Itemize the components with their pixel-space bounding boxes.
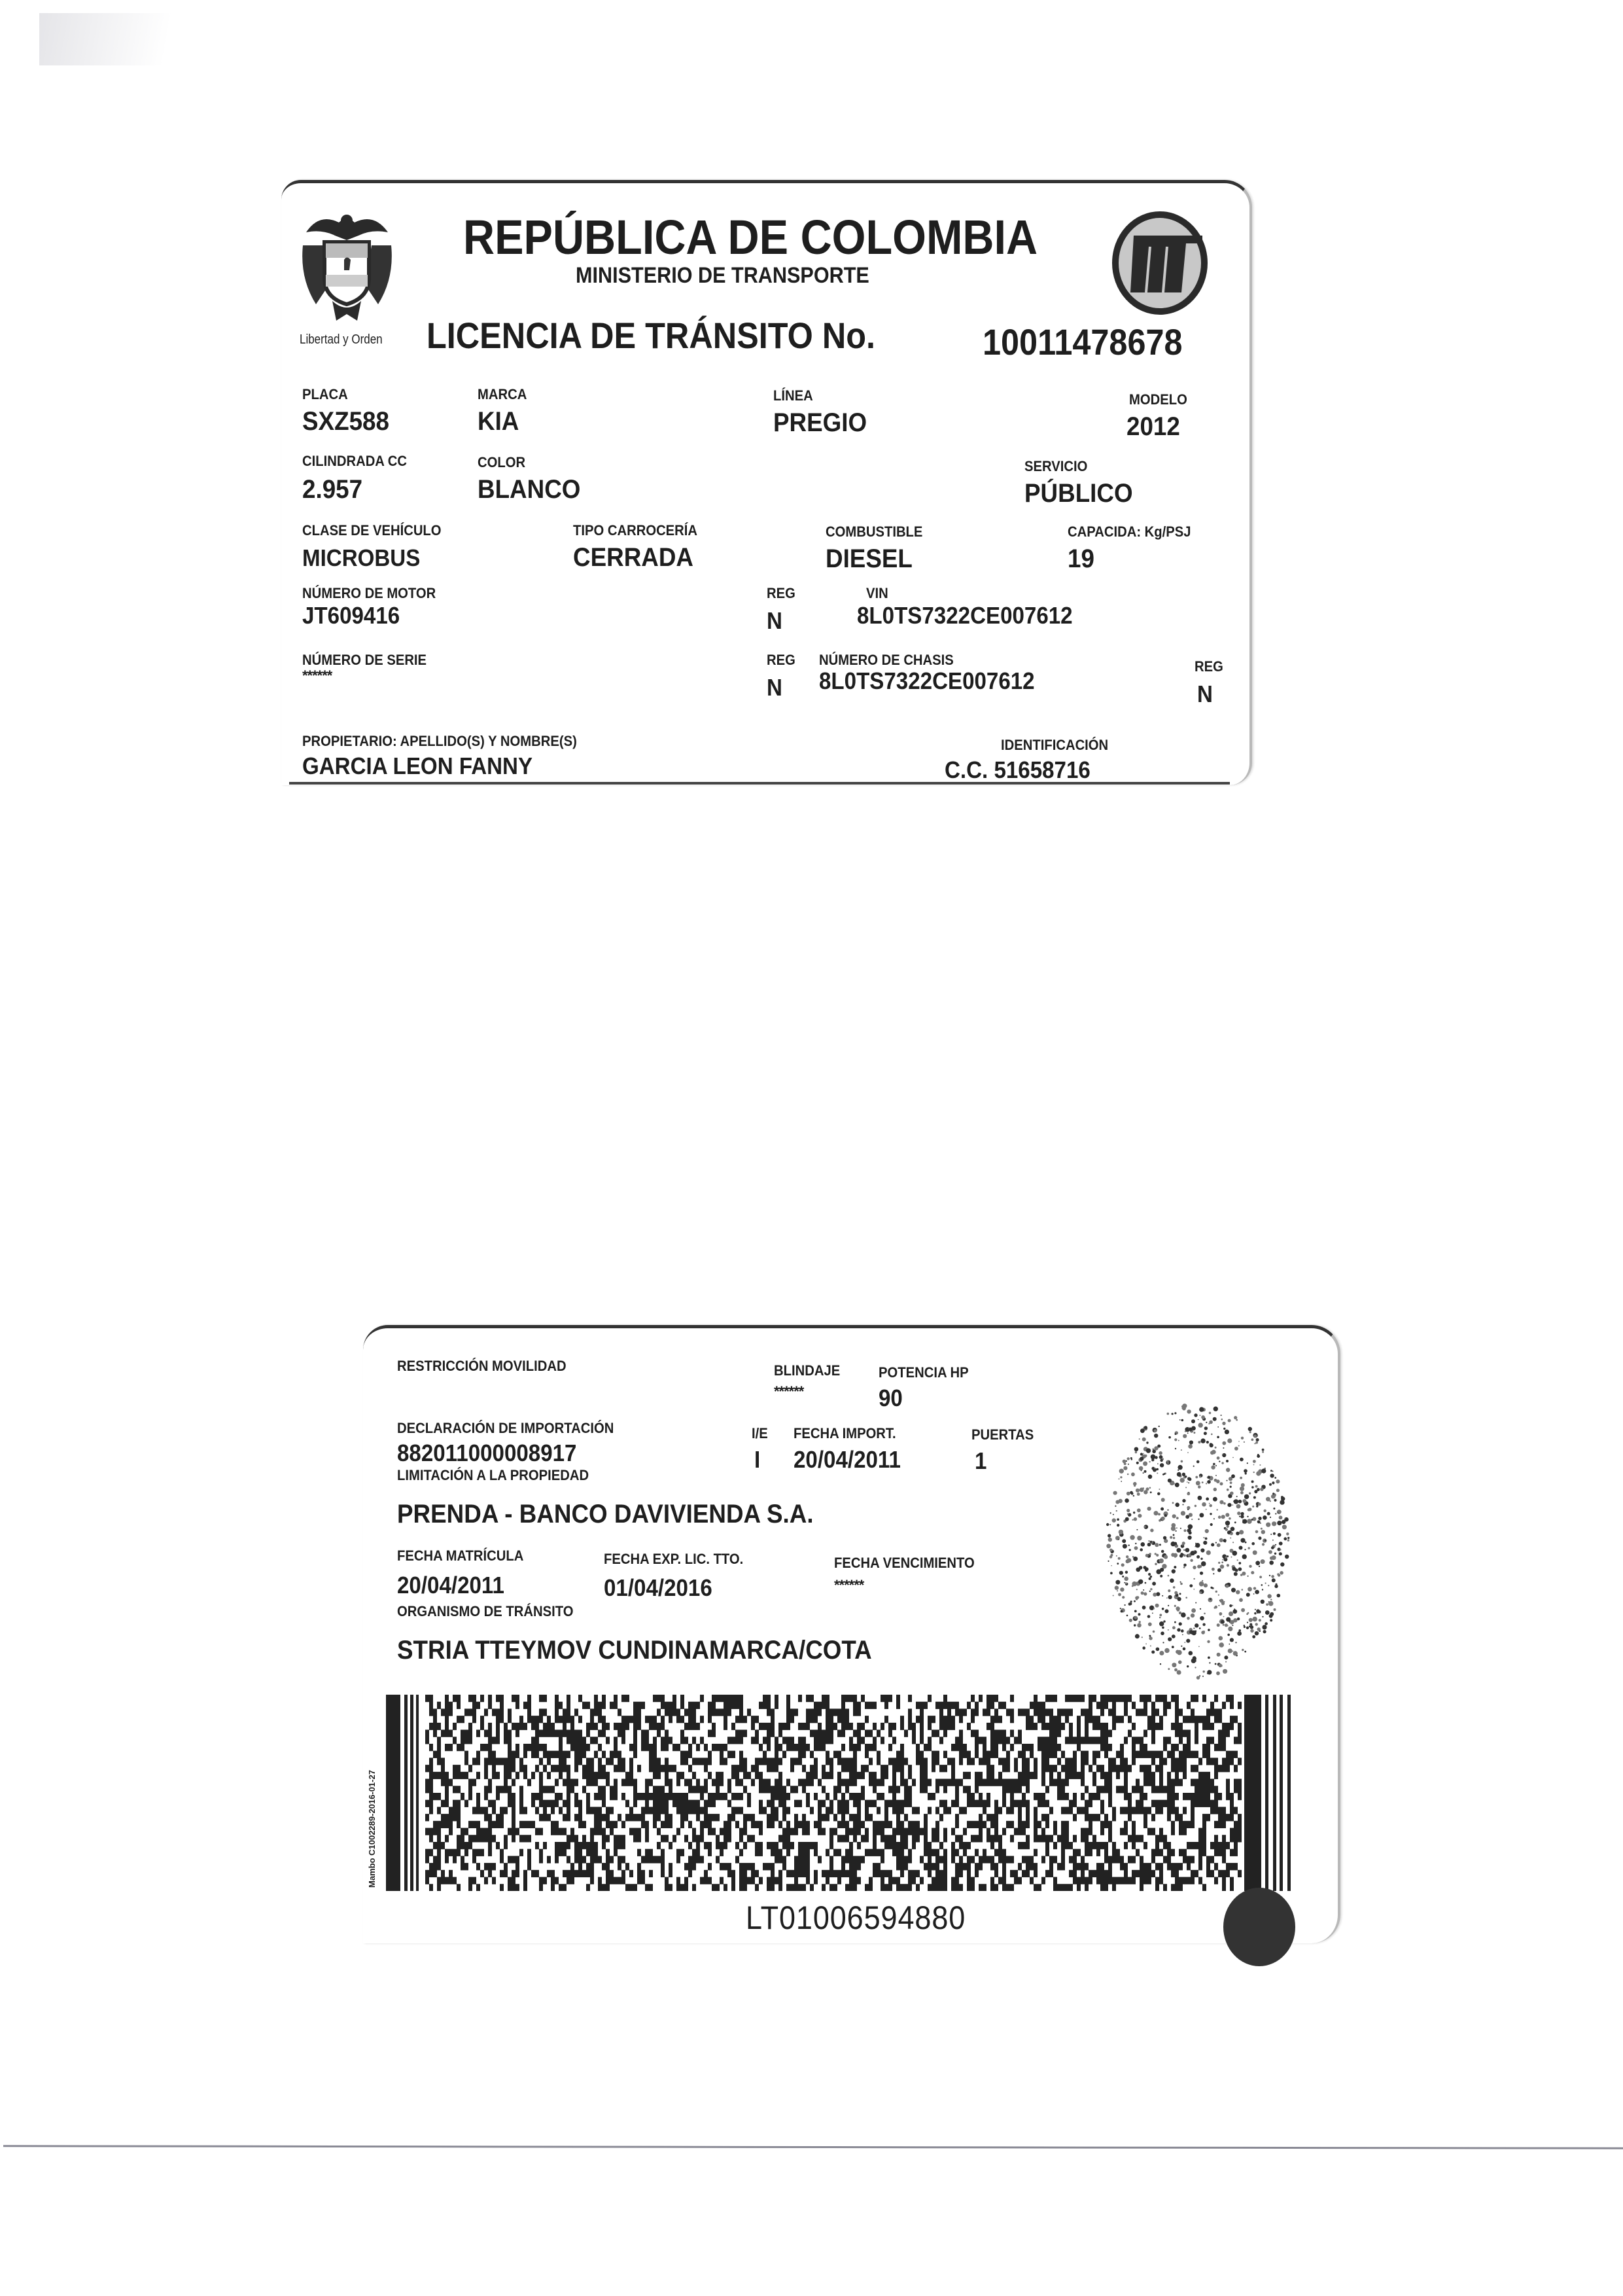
clase-value: MICROBUS xyxy=(302,544,420,572)
blindaje-label: BLINDAJE xyxy=(774,1362,840,1379)
linea-label: LÍNEA xyxy=(773,387,813,404)
country-title: REPÚBLICA DE COLOMBIA xyxy=(463,209,1038,265)
ministry-name: MINISTERIO DE TRANSPORTE xyxy=(576,263,869,289)
placa-label: PLACA xyxy=(302,386,348,403)
fecha-venc-label: FECHA VENCIMIENTO xyxy=(834,1555,975,1572)
capacidad-label: CAPACIDA: Kg/PSJ xyxy=(1068,523,1191,540)
combustible-label: COMBUSTIBLE xyxy=(826,523,922,540)
identificacion-value: C.C. 51658716 xyxy=(945,756,1091,784)
reg-serie-value: N xyxy=(1197,680,1213,708)
puertas-label: PUERTAS xyxy=(971,1426,1034,1443)
pdf417-barcode xyxy=(386,1695,1295,1891)
serie-label: NÚMERO DE SERIE xyxy=(302,652,427,669)
fingerprint-icon xyxy=(1096,1384,1299,1685)
barcode-id-text: LT01006594880 xyxy=(746,1899,966,1937)
identificacion-label: IDENTIFICACIÓN xyxy=(1001,737,1108,754)
page-edge-line xyxy=(3,2145,1623,2149)
combustible-value: DIESEL xyxy=(826,544,913,574)
color-label: COLOR xyxy=(478,454,525,471)
motor-value: JT609416 xyxy=(302,602,400,629)
servicio-label: SERVICIO xyxy=(1024,458,1087,475)
license-card-front: Libertad y Orden REPÚBLICA DE COLOMBIA M… xyxy=(281,180,1252,785)
fecha-matricula-value: 20/04/2011 xyxy=(397,1572,504,1599)
propietario-value: GARCIA LEON FANNY xyxy=(302,752,532,780)
fecha-exp-label: FECHA EXP. LIC. TTO. xyxy=(604,1551,743,1568)
cilindrada-label: CILINDRADA CC xyxy=(302,453,407,470)
potencia-value: 90 xyxy=(879,1385,903,1412)
reg-chasis-value: N xyxy=(767,674,782,701)
placa-value: SXZ588 xyxy=(302,407,389,436)
organismo-label: ORGANISMO DE TRÁNSITO xyxy=(397,1603,574,1620)
reg-vin-value: N xyxy=(767,607,782,635)
license-card-back: RESTRICCIÓN MOVILIDAD BLINDAJE ****** PO… xyxy=(363,1325,1340,1943)
ie-value: I xyxy=(754,1446,760,1474)
ministry-transport-logo-icon xyxy=(1111,211,1209,315)
scan-smudge xyxy=(39,13,196,65)
vin-value: 8L0TS7322CE007612 xyxy=(857,602,1073,629)
servicio-value: PÚBLICO xyxy=(1024,479,1133,508)
marca-value: KIA xyxy=(478,407,519,436)
document-number: 10011478678 xyxy=(983,321,1183,363)
restriccion-label: RESTRICCIÓN MOVILIDAD xyxy=(397,1358,567,1375)
owner-underline xyxy=(289,782,1230,785)
fecha-venc-value: ****** xyxy=(834,1577,864,1594)
limitacion-value: PRENDA - BANCO DAVIVIENDA S.A. xyxy=(397,1500,814,1529)
barcode-side-text: Mambo C1002289-2016-01-27 xyxy=(367,1770,377,1888)
vin-label: VIN xyxy=(866,585,888,602)
reg-vin-label: REG xyxy=(767,585,795,602)
limitacion-label: LIMITACIÓN A LA PROPIEDAD xyxy=(397,1467,589,1484)
ie-label: I/E xyxy=(752,1425,768,1442)
cilindrada-value: 2.957 xyxy=(302,475,362,504)
chasis-value: 8L0TS7322CE007612 xyxy=(819,667,1035,695)
blindaje-value: ****** xyxy=(774,1383,803,1400)
carroceria-label: TIPO CARROCERÍA xyxy=(573,522,697,539)
chasis-label: NÚMERO DE CHASIS xyxy=(819,652,954,669)
propietario-label: PROPIETARIO: APELLIDO(S) Y NOMBRE(S) xyxy=(302,733,577,750)
carroceria-value: CERRADA xyxy=(573,543,693,573)
declaracion-value: 882011000008917 xyxy=(397,1439,576,1467)
clase-label: CLASE DE VEHÍCULO xyxy=(302,522,442,539)
ink-blot xyxy=(1223,1888,1295,1966)
puertas-value: 1 xyxy=(975,1447,986,1475)
reg-serie-label: REG xyxy=(1195,658,1223,675)
serie-value: ****** xyxy=(302,667,332,684)
document-title: LICENCIA DE TRÁNSITO No. xyxy=(427,314,875,357)
motto: Libertad y Orden xyxy=(300,332,383,347)
fecha-exp-value: 01/04/2016 xyxy=(604,1574,712,1602)
organismo-value: STRIA TTEYMOV CUNDINAMARCA/COTA xyxy=(397,1636,872,1665)
capacidad-value: 19 xyxy=(1068,544,1094,574)
modelo-label: MODELO xyxy=(1129,391,1187,408)
potencia-label: POTENCIA HP xyxy=(879,1364,969,1381)
color-value: BLANCO xyxy=(478,475,580,504)
motor-label: NÚMERO DE MOTOR xyxy=(302,585,436,602)
fecha-import-label: FECHA IMPORT. xyxy=(794,1425,896,1442)
modelo-value: 2012 xyxy=(1126,412,1180,442)
fecha-import-value: 20/04/2011 xyxy=(794,1446,901,1474)
declaracion-label: DECLARACIÓN DE IMPORTACIÓN xyxy=(397,1420,614,1437)
fecha-matricula-label: FECHA MATRÍCULA xyxy=(397,1547,523,1564)
linea-value: PREGIO xyxy=(773,408,867,438)
colombia-coat-of-arms-icon xyxy=(293,200,401,327)
marca-label: MARCA xyxy=(478,386,527,403)
reg-chasis-label: REG xyxy=(767,652,795,669)
